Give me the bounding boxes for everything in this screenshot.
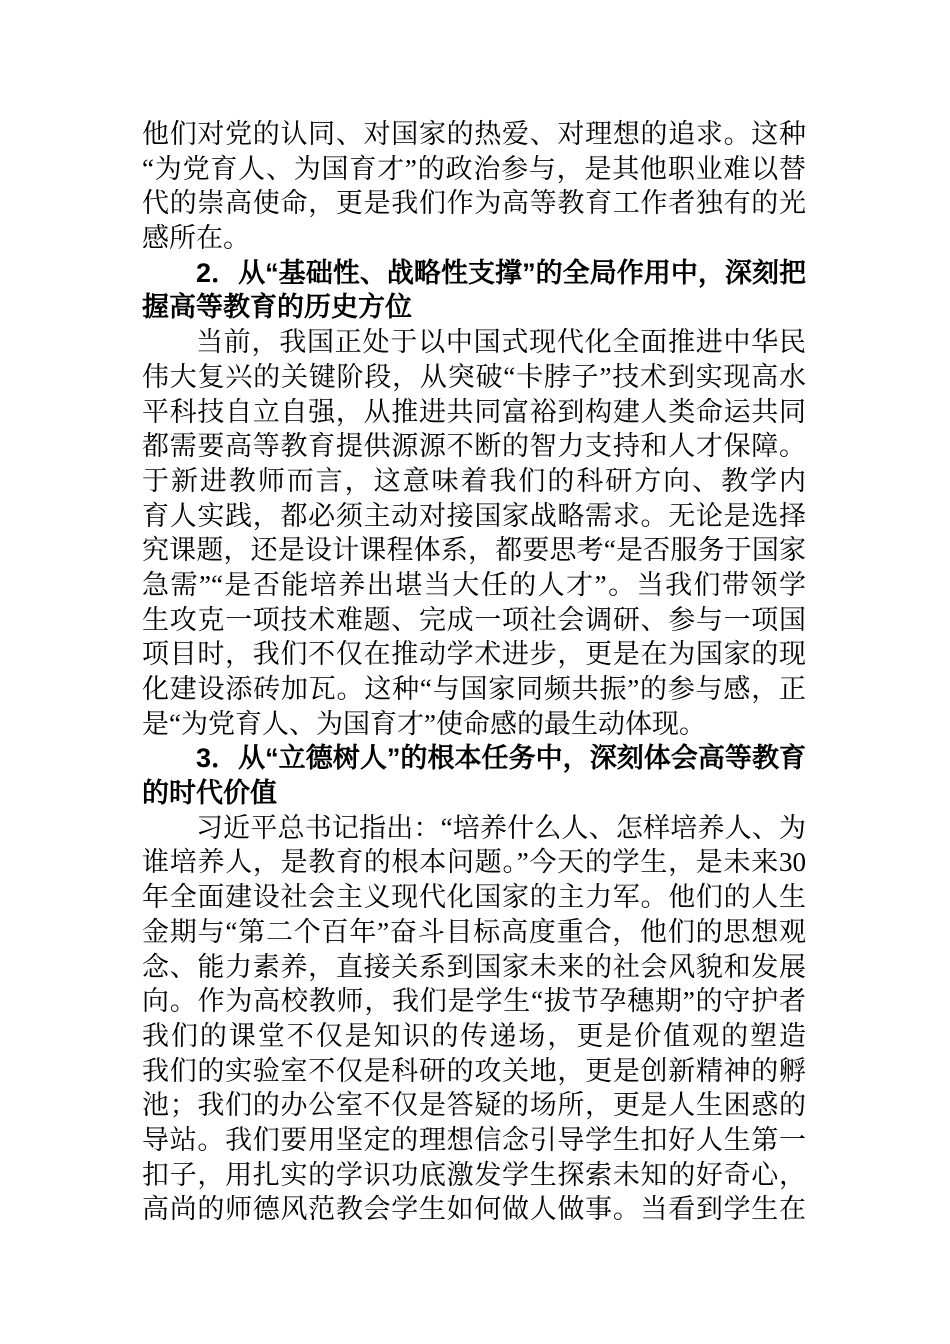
text-line: 向。作为高校教师，我们是学生“拔节孕穗期”的守护者 <box>142 984 806 1019</box>
text-line: 习近平总书记指出：“培养什么人、怎样培养人、为 <box>142 811 806 846</box>
heading-line: 2．从“基础性、战略性支撑”的全局作用中，深刻把 <box>142 256 806 291</box>
text-line: 金期与“第二个百年”奋斗目标高度重合，他们的思想观 <box>142 915 806 950</box>
section-heading-2: 2．从“基础性、战略性支撑”的全局作用中，深刻把 握高等教育的历史方位 <box>142 256 806 325</box>
text-line: 他们对党的认同、对国家的热爱、对理想的追求。这种 <box>142 117 806 152</box>
text-line: 化建设添砖加瓦。这种“与国家同频共振”的参与感，正 <box>142 672 806 707</box>
heading-line: 3．从“立德树人”的根本任务中，深刻体会高等教育 <box>142 741 806 776</box>
text-line: 于新进教师而言，这意味着我们的科研方向、教学内容、 <box>142 464 806 499</box>
text-line: 育人实践，都必须主动对接国家战略需求。无论是选择研 <box>142 499 806 534</box>
text-line: 急需”“是否能培养出堪当大任的人才”。当我们带领学 <box>142 568 806 603</box>
paragraph-3: 习近平总书记指出：“培养什么人、怎样培养人、为 谁培养人，是教育的根本问题。”今… <box>142 811 806 1227</box>
text-line: 生攻克一项技术难题、完成一项社会调研、参与一项国家 <box>142 603 806 638</box>
text-line: 平科技自立自强，从推进共同富裕到构建人类命运共同体 <box>142 395 806 430</box>
text-line: “为党育人、为国育才”的政治参与，是其他职业难以替 <box>142 152 806 187</box>
text-line: 谁培养人，是教育的根本问题。”今天的学生，是未来30 <box>142 845 806 880</box>
text-line: 伟大复兴的关键阶段，从突破“卡脖子”技术到实现高水 <box>142 360 806 395</box>
text-line: 扣子，用扎实的学识功底激发学生探索未知的好奇心，用 <box>142 1158 806 1193</box>
paragraph-1: 他们对党的认同、对国家的热爱、对理想的追求。这种 “为党育人、为国育才”的政治参… <box>142 117 806 256</box>
heading-line: 握高等教育的历史方位 <box>142 290 806 325</box>
document-page: 他们对党的认同、对国家的热爱、对理想的追求。这种 “为党育人、为国育才”的政治参… <box>0 0 950 1344</box>
text-line: 高尚的师德风范教会学生如何做人做事。当看到学生在我 <box>142 1192 806 1227</box>
text-line: 究课题，还是设计课程体系，都要思考“是否服务于国家 <box>142 533 806 568</box>
text-line: 导站。我们要用坚定的理想信念引导学生扣好人生第一粒 <box>142 1123 806 1158</box>
document-text-block: 他们对党的认同、对国家的热爱、对理想的追求。这种 “为党育人、为国育才”的政治参… <box>142 117 806 1227</box>
text-line: 是“为党育人、为国育才”使命感的最生动体现。 <box>142 707 806 742</box>
text-line: 年全面建设社会主义现代化国家的主力军。他们的人生黄 <box>142 880 806 915</box>
paragraph-2: 当前，我国正处于以中国式现代化全面推进中华民族 伟大复兴的关键阶段，从突破“卡脖… <box>142 325 806 741</box>
text-line: 我们的课堂不仅是知识的传递场，更是价值观的塑造场； <box>142 1019 806 1054</box>
text-line: 都需要高等教育提供源源不断的智力支持和人才保障。对 <box>142 429 806 464</box>
heading-line: 的时代价值 <box>142 776 806 811</box>
text-line: 池；我们的办公室不仅是答疑的场所，更是人生困惑的疏 <box>142 1088 806 1123</box>
text-line: 代的崇高使命，更是我们作为高等教育工作者独有的光荣 <box>142 186 806 221</box>
text-line: 我们的实验室不仅是科研的攻关地，更是创新精神的孵化 <box>142 1054 806 1089</box>
text-line: 项目时，我们不仅在推动学术进步，更是在为国家的现代 <box>142 637 806 672</box>
text-line: 当前，我国正处于以中国式现代化全面推进中华民族 <box>142 325 806 360</box>
section-heading-3: 3．从“立德树人”的根本任务中，深刻体会高等教育 的时代价值 <box>142 741 806 810</box>
text-line: 感所在。 <box>142 221 806 256</box>
text-line: 念、能力素养，直接关系到国家未来的社会风貌和发展方 <box>142 950 806 985</box>
